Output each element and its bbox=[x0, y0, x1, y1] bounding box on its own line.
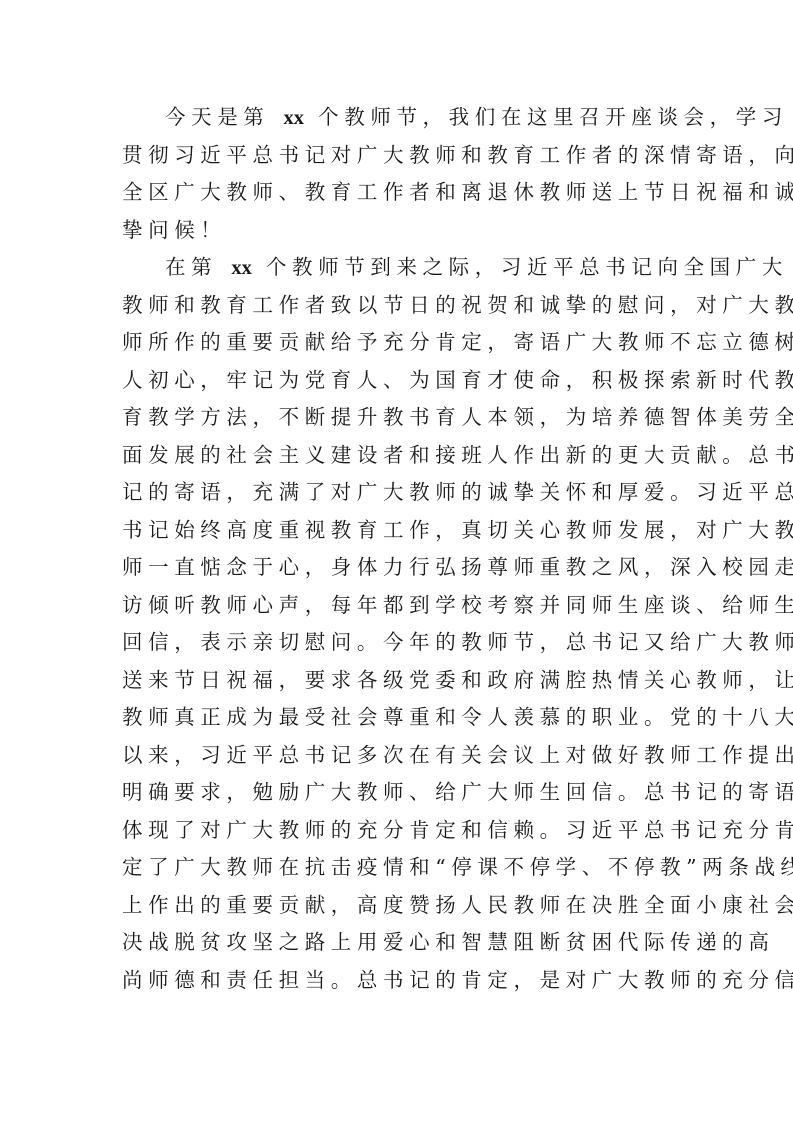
text-line: 在第 xx 个教师节到来之际，习近平总书记向全国广大 bbox=[122, 249, 674, 287]
text-line: 明确要求，勉励广大教师、给广大师生回信。总书记的寄语， bbox=[122, 774, 674, 812]
text-segment: 个教师节，我们在这里召开座谈会，学习 bbox=[318, 105, 788, 129]
text-line: 全区广大教师、教育工作者和离退休教师送上节日祝福和诚 bbox=[122, 174, 674, 212]
text-line: 定了广大教师在抗击疫情和“停课不停学、不停教”两条战线 bbox=[122, 849, 674, 887]
text-line: 人初心，牢记为党育人、为国育才使命，积极探索新时代教 bbox=[122, 362, 674, 400]
text-line: 挚问候！ bbox=[122, 212, 674, 250]
text-line: 以来，习近平总书记多次在有关会议上对做好教师工作提出 bbox=[122, 737, 674, 775]
bold-placeholder: xx bbox=[284, 107, 305, 129]
text-line: 师所作的重要贡献给予充分肯定，寄语广大教师不忘立德树 bbox=[122, 324, 674, 362]
text-line: 决战脱贫攻坚之路上用爱心和智慧阻断贫困代际传递的高 bbox=[122, 924, 674, 962]
text-line: 体现了对广大教师的充分肯定和信赖。习近平总书记充分肯 bbox=[122, 812, 674, 850]
text-segment: 在第 bbox=[165, 255, 217, 279]
paragraph-1: 今天是第 xx 个教师节，我们在这里召开座谈会，学习 贯彻习近平总书记对广大教师… bbox=[122, 99, 674, 249]
text-line: 今天是第 xx 个教师节，我们在这里召开座谈会，学习 bbox=[122, 99, 674, 137]
text-line: 上作出的重要贡献，高度赞扬人民教师在决胜全面小康社会、 bbox=[122, 887, 674, 925]
text-line: 访倾听教师心声，每年都到学校考察并同师生座谈、给师生 bbox=[122, 587, 674, 625]
document-body: 今天是第 xx 个教师节，我们在这里召开座谈会，学习 贯彻习近平总书记对广大教师… bbox=[122, 99, 674, 999]
bold-placeholder: xx bbox=[231, 257, 252, 279]
text-line: 送来节日祝福，要求各级党委和政府满腔热情关心教师，让 bbox=[122, 662, 674, 700]
text-line: 记的寄语，充满了对广大教师的诚挚关怀和厚爱。习近平总 bbox=[122, 474, 674, 512]
text-line: 育教学方法，不断提升教书育人本领，为培养德智体美劳全 bbox=[122, 399, 674, 437]
text-line: 师一直惦念于心，身体力行弘扬尊师重教之风，深入校园走 bbox=[122, 549, 674, 587]
text-line: 教师真正成为最受社会尊重和令人羡慕的职业。党的十八大 bbox=[122, 699, 674, 737]
text-line: 书记始终高度重视教育工作，真切关心教师发展，对广大教 bbox=[122, 512, 674, 550]
text-segment: 个教师节到来之际，习近平总书记向全国广大 bbox=[266, 255, 788, 279]
text-line: 教师和教育工作者致以节日的祝贺和诚挚的慰问，对广大教 bbox=[122, 287, 674, 325]
text-line: 尚师德和责任担当。总书记的肯定，是对广大教师的充分信 bbox=[122, 962, 674, 1000]
text-line: 回信，表示亲切慰问。今年的教师节，总书记又给广大教师 bbox=[122, 624, 674, 662]
document-page: 今天是第 xx 个教师节，我们在这里召开座谈会，学习 贯彻习近平总书记对广大教师… bbox=[0, 0, 793, 1122]
text-line: 贯彻习近平总书记对广大教师和教育工作者的深情寄语，向 bbox=[122, 137, 674, 175]
text-segment: 今天是第 bbox=[165, 105, 269, 129]
text-line: 面发展的社会主义建设者和接班人作出新的更大贡献。总书 bbox=[122, 437, 674, 475]
paragraph-2: 在第 xx 个教师节到来之际，习近平总书记向全国广大 教师和教育工作者致以节日的… bbox=[122, 249, 674, 999]
